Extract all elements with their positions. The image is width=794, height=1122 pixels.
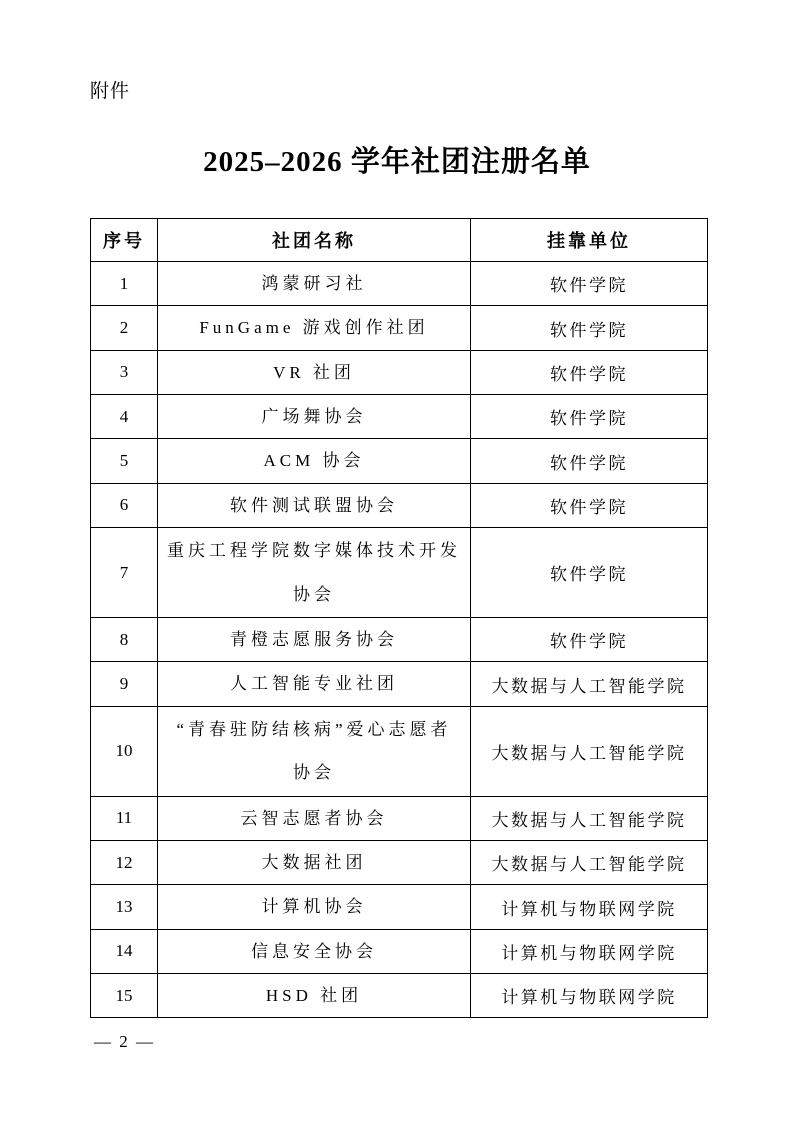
table-row: 3 VR 社团 软件学院 <box>91 350 708 394</box>
header-unit: 挂靠单位 <box>471 219 708 262</box>
table-row: 4 广场舞协会 软件学院 <box>91 395 708 439</box>
row-number-cell: 13 <box>91 885 158 929</box>
row-number-cell: 5 <box>91 439 158 483</box>
row-number-cell: 1 <box>91 262 158 306</box>
row-number-cell: 10 <box>91 706 158 796</box>
document-page: 附件 2025–2026 学年社团注册名单 序号 社团名称 挂靠单位 1 鸿蒙研… <box>0 0 794 1122</box>
table-row: 14 信息安全协会 计算机与物联网学院 <box>91 929 708 973</box>
club-name-cell: FunGame 游戏创作社团 <box>158 306 471 350</box>
table-row: 6 软件测试联盟协会 软件学院 <box>91 483 708 527</box>
club-name-cell: 青橙志愿服务协会 <box>158 618 471 662</box>
table-row: 11 云智志愿者协会 大数据与人工智能学院 <box>91 796 708 840</box>
unit-cell: 软件学院 <box>471 618 708 662</box>
table-row: 2 FunGame 游戏创作社团 软件学院 <box>91 306 708 350</box>
table-row: 7 重庆工程学院数字媒体技术开发 协会 软件学院 <box>91 528 708 618</box>
club-name-cell: 大数据社团 <box>158 841 471 885</box>
club-name-cell: 软件测试联盟协会 <box>158 483 471 527</box>
club-name-cell: 鸿蒙研习社 <box>158 262 471 306</box>
row-number-cell: 7 <box>91 528 158 618</box>
row-number-cell: 3 <box>91 350 158 394</box>
attachment-label: 附件 <box>90 76 130 103</box>
unit-cell: 软件学院 <box>471 306 708 350</box>
table-row: 5 ACM 协会 软件学院 <box>91 439 708 483</box>
unit-cell: 计算机与物联网学院 <box>471 885 708 929</box>
unit-cell: 软件学院 <box>471 528 708 618</box>
table-row: 12 大数据社团 大数据与人工智能学院 <box>91 841 708 885</box>
header-no: 序号 <box>91 219 158 262</box>
row-number-cell: 11 <box>91 796 158 840</box>
club-name-cell: HSD 社团 <box>158 974 471 1018</box>
unit-cell: 计算机与物联网学院 <box>471 974 708 1018</box>
table-row: 13 计算机协会 计算机与物联网学院 <box>91 885 708 929</box>
table-header-row: 序号 社团名称 挂靠单位 <box>91 219 708 262</box>
unit-cell: 大数据与人工智能学院 <box>471 841 708 885</box>
unit-cell: 大数据与人工智能学院 <box>471 662 708 706</box>
unit-cell: 软件学院 <box>471 395 708 439</box>
club-name-cell: ACM 协会 <box>158 439 471 483</box>
header-club-name: 社团名称 <box>158 219 471 262</box>
row-number-cell: 12 <box>91 841 158 885</box>
club-registration-table: 序号 社团名称 挂靠单位 1 鸿蒙研习社 软件学院 2 FunGame 游戏创作… <box>90 218 708 1018</box>
unit-cell: 计算机与物联网学院 <box>471 929 708 973</box>
unit-cell: 大数据与人工智能学院 <box>471 796 708 840</box>
club-name-cell: “青春驻防结核病”爱心志愿者 协会 <box>158 706 471 796</box>
table-row: 1 鸿蒙研习社 软件学院 <box>91 262 708 306</box>
table-row: 8 青橙志愿服务协会 软件学院 <box>91 618 708 662</box>
row-number-cell: 14 <box>91 929 158 973</box>
unit-cell: 软件学院 <box>471 439 708 483</box>
club-name-cell: 广场舞协会 <box>158 395 471 439</box>
unit-cell: 大数据与人工智能学院 <box>471 706 708 796</box>
row-number-cell: 6 <box>91 483 158 527</box>
table-row: 9 人工智能专业社团 大数据与人工智能学院 <box>91 662 708 706</box>
page-number: — 2 — <box>94 1032 155 1052</box>
unit-cell: 软件学院 <box>471 483 708 527</box>
row-number-cell: 9 <box>91 662 158 706</box>
club-name-cell: 信息安全协会 <box>158 929 471 973</box>
table-row: 10 “青春驻防结核病”爱心志愿者 协会 大数据与人工智能学院 <box>91 706 708 796</box>
row-number-cell: 2 <box>91 306 158 350</box>
row-number-cell: 8 <box>91 618 158 662</box>
page-title: 2025–2026 学年社团注册名单 <box>0 139 794 180</box>
unit-cell: 软件学院 <box>471 350 708 394</box>
table-row: 15 HSD 社团 计算机与物联网学院 <box>91 974 708 1018</box>
club-name-cell: 人工智能专业社团 <box>158 662 471 706</box>
club-name-cell: VR 社团 <box>158 350 471 394</box>
unit-cell: 软件学院 <box>471 262 708 306</box>
club-name-cell: 重庆工程学院数字媒体技术开发 协会 <box>158 528 471 618</box>
row-number-cell: 15 <box>91 974 158 1018</box>
club-name-cell: 计算机协会 <box>158 885 471 929</box>
club-name-cell: 云智志愿者协会 <box>158 796 471 840</box>
row-number-cell: 4 <box>91 395 158 439</box>
